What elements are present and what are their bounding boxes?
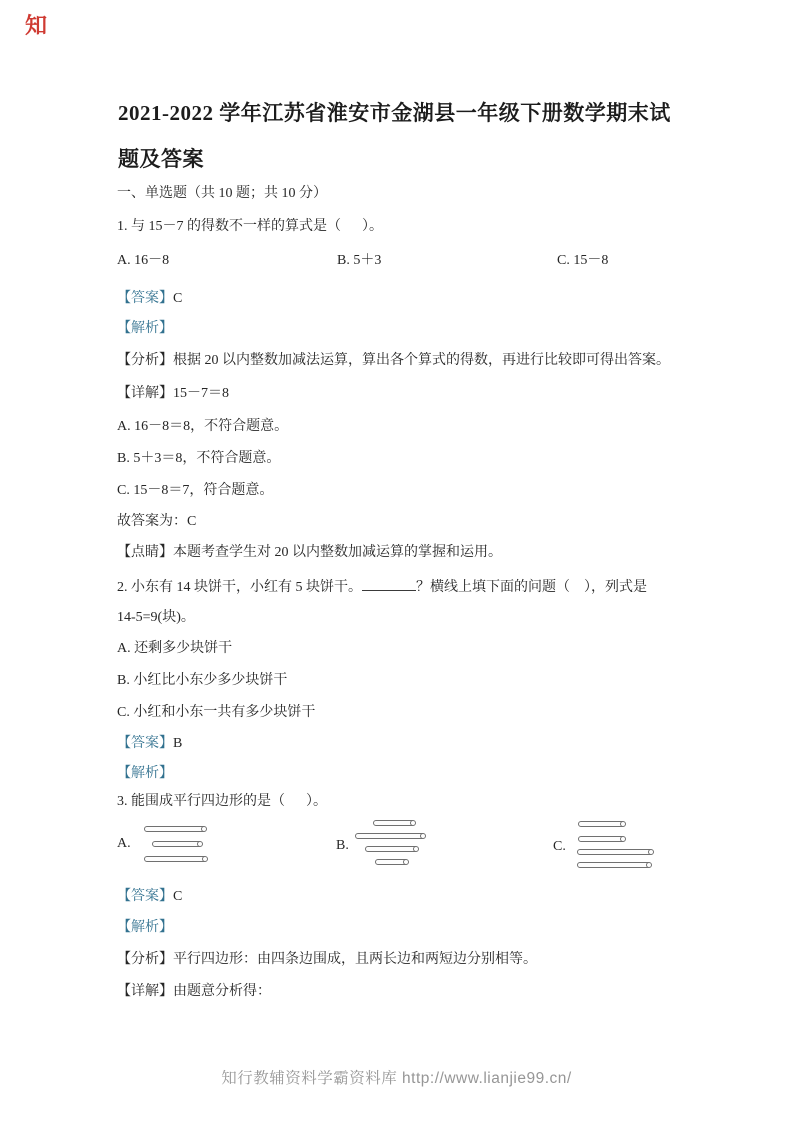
stick-image — [578, 836, 625, 842]
q1-detail-option-a: A. 16－8＝8，不符合题意。 — [117, 418, 288, 436]
page-title-line2: 题及答案 — [118, 146, 204, 172]
q1-option-b: B. 5＋3 — [337, 252, 381, 270]
q2-option-b: B. 小红比小东少多少块饼干 — [117, 672, 287, 690]
analysis-tag: 【解析】 — [117, 766, 173, 781]
stick-option-label: A. — [117, 836, 131, 852]
stick-option-label: B. — [336, 838, 349, 854]
q1-analysis-tag-line: 【解析】 — [117, 320, 173, 338]
q1-note-line: 【点睛】本题考查学生对 20 以内整数加减运算的掌握和运用。 — [117, 544, 502, 562]
answer-tag: 【答案】 — [117, 736, 173, 751]
stick-image — [577, 849, 653, 855]
stick-image — [144, 856, 207, 862]
q3-detail-line: 【详解】由题意分析得： — [117, 983, 271, 1001]
section-header: 一、单选题（共 10 题；共 10 分） — [117, 185, 327, 203]
answer-value: B — [173, 736, 182, 751]
q2-answer-line: 【答案】B — [117, 735, 182, 753]
fill-in-blank-line — [362, 577, 416, 591]
q2-option-c: C. 小红和小东一共有多少块饼干 — [117, 704, 315, 722]
q3-analysis-tag-line: 【解析】 — [117, 919, 173, 937]
q1-option-c: C. 15－8 — [557, 252, 608, 270]
analysis-tag: 【解析】 — [117, 321, 173, 336]
red-corner-mark: 知 — [25, 15, 47, 37]
stick-image — [578, 821, 625, 827]
q2-analysis-tag-line: 【解析】 — [117, 765, 173, 783]
stick-image — [355, 833, 425, 839]
q1-option-a: A. 16－8 — [117, 252, 169, 270]
analysis-tag: 【解析】 — [117, 920, 173, 935]
question-1: 1. 与 15－7 的得数不一样的算式是（ ）。 — [117, 218, 383, 236]
answer-tag: 【答案】 — [117, 889, 173, 904]
stick-image — [577, 862, 651, 868]
question-3: 3. 能围成平行四边形的是（ ）。 — [117, 793, 327, 811]
q1-detail-option-c: C. 15－8＝7，符合题意。 — [117, 482, 273, 500]
answer-value: C — [173, 291, 182, 306]
q3-answer-line: 【答案】C — [117, 888, 182, 906]
stick-image — [152, 841, 202, 847]
q1-answer-line: 【答案】C — [117, 290, 182, 308]
exam-document-page: 知 2021-2022 学年江苏省淮安市金湖县一年级下册数学期末试 题及答案 一… — [0, 0, 793, 1122]
answer-value: C — [173, 889, 182, 904]
q1-analysis-line: 【分析】根据 20 以内整数加减法运算，算出各个算式的得数，再进行比较即可得出答… — [117, 352, 670, 370]
stick-option-label: C. — [553, 839, 566, 855]
q1-conclusion: 故答案为：C — [117, 513, 196, 531]
stick-image — [365, 846, 418, 852]
site-watermark-footer: 知行教辅资料学霸资料库 http://www.lianjie99.cn/ — [0, 1066, 793, 1088]
q1-detail-option-b: B. 5＋3＝8，不符合题意。 — [117, 450, 280, 468]
stick-image — [144, 826, 206, 832]
question-2-line2: 14-5=9(块)。 — [117, 609, 195, 627]
q2-text-after-blank: ？横线上填下面的问题（ ），列式是 — [416, 580, 647, 595]
q1-detail-line: 【详解】15－7＝8 — [117, 385, 229, 403]
stick-image — [375, 859, 408, 865]
stick-image — [373, 820, 415, 826]
question-2: 2. 小东有 14 块饼干，小红有 5 块饼干。？横线上填下面的问题（ ），列式… — [117, 577, 647, 597]
q3-analysis-line: 【分析】平行四边形：由四条边围成，且两长边和两短边分别相等。 — [117, 951, 537, 969]
q2-option-a: A. 还剩多少块饼干 — [117, 640, 232, 658]
page-title-line1: 2021-2022 学年江苏省淮安市金湖县一年级下册数学期末试 — [118, 100, 671, 126]
answer-tag: 【答案】 — [117, 291, 173, 306]
q2-text-before-blank: 2. 小东有 14 块饼干，小红有 5 块饼干。 — [117, 580, 362, 595]
